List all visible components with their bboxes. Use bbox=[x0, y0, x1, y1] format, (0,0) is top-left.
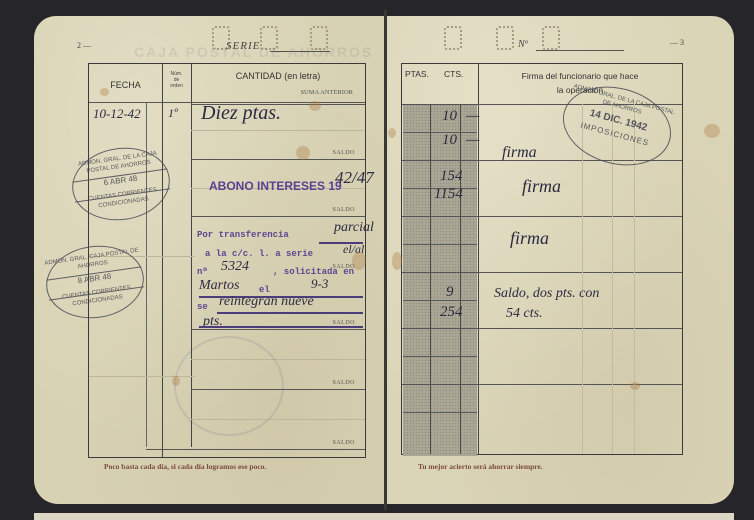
age-stain bbox=[100, 88, 109, 96]
perforation-mark bbox=[444, 26, 462, 50]
interest-years: 42/47 bbox=[335, 168, 374, 188]
entry-amount-words: Diez ptas. bbox=[201, 102, 281, 125]
grid-line bbox=[403, 244, 477, 245]
column-header-firma: Firma del funcionario que hace bbox=[478, 71, 682, 81]
official-signature: firma bbox=[510, 228, 549, 249]
page-number: 2 — bbox=[77, 41, 91, 50]
age-stain bbox=[172, 376, 180, 386]
amount-cts: — bbox=[466, 108, 479, 125]
header-line: orden bbox=[162, 83, 191, 89]
age-stain bbox=[392, 252, 402, 270]
saldo-label: SALDO bbox=[332, 380, 355, 386]
saldo-label: SALDO bbox=[332, 440, 355, 446]
transfer-line-3: nº bbox=[197, 267, 208, 277]
entry-order-number: 1º bbox=[168, 106, 178, 121]
age-stain bbox=[296, 146, 310, 160]
bleed-through-header: CAJA POSTAL DE AHORROS bbox=[134, 44, 373, 60]
transfer-line-2: a la c/c. l. a serie bbox=[205, 249, 313, 259]
row-divider bbox=[191, 159, 365, 160]
balance-note: 54 cts. bbox=[506, 306, 543, 322]
faint-stamp-bleed bbox=[174, 336, 284, 436]
age-stain bbox=[309, 101, 321, 111]
amount-ptas: 10 bbox=[442, 132, 457, 149]
number-label: Nº bbox=[518, 39, 528, 50]
page-number: — 3 bbox=[670, 38, 684, 47]
book-spine bbox=[384, 10, 387, 510]
amount-ptas: 9 bbox=[446, 284, 454, 301]
number-field-line bbox=[536, 50, 624, 51]
grid-line bbox=[403, 356, 477, 357]
official-signature: firma bbox=[522, 176, 561, 197]
grid-line bbox=[430, 104, 431, 454]
transfer-line-5: se bbox=[197, 302, 208, 312]
grid-line bbox=[403, 300, 477, 301]
typed-prefix: Por bbox=[197, 230, 213, 240]
transfer-account-number: 5324 bbox=[221, 259, 249, 275]
column-header-cantidad: CANTIDAD (en letra) bbox=[191, 71, 365, 81]
transfer-currency: pts. bbox=[203, 314, 223, 330]
abono-intereses-stamp: ABONO INTERESES 19 bbox=[209, 179, 342, 193]
entry-date: 10-12-42 bbox=[93, 106, 141, 122]
amount-ptas: 1154 bbox=[434, 186, 463, 203]
amount-shaded-area bbox=[403, 104, 477, 456]
transfer-date: 9-3 bbox=[311, 276, 328, 292]
underline bbox=[199, 326, 363, 328]
row-divider bbox=[402, 272, 682, 273]
official-signature: firma bbox=[502, 144, 537, 162]
balance-note: Saldo, dos pts. con bbox=[494, 286, 599, 302]
row-divider bbox=[191, 216, 365, 217]
column-header-ptas: PTAS. bbox=[405, 69, 429, 79]
amount-cts: — bbox=[466, 132, 479, 149]
age-stain bbox=[630, 382, 640, 390]
row-divider bbox=[402, 384, 682, 385]
transfer-place: Martos bbox=[199, 278, 239, 294]
grid-line bbox=[460, 104, 461, 454]
transfer-amount-words: reintegran nueve bbox=[219, 294, 314, 310]
amount-ptas: 10 bbox=[442, 108, 457, 125]
grid-line bbox=[403, 412, 477, 413]
typed-text: transferencia bbox=[219, 230, 289, 240]
saldo-label: SALDO bbox=[332, 207, 355, 213]
underline bbox=[217, 312, 363, 314]
row-divider bbox=[402, 216, 682, 217]
column-header-cts: CTS. bbox=[444, 69, 463, 79]
amount-ptas: 154 bbox=[440, 168, 463, 185]
age-stain bbox=[704, 124, 720, 138]
perforation-mark bbox=[496, 26, 514, 50]
column-header-fecha: FECHA bbox=[89, 80, 162, 90]
perforation-mark bbox=[542, 26, 560, 50]
row-divider bbox=[146, 449, 365, 450]
row-divider bbox=[402, 328, 682, 329]
amount-ptas: 254 bbox=[440, 304, 463, 321]
passbook-page-right: Nº — 3 PTAS. CTS. Firma del funcionario … bbox=[386, 16, 734, 504]
footer-motto: Poco basta cada día, si cada día logramo… bbox=[104, 462, 266, 471]
age-stain bbox=[352, 252, 366, 270]
transfer-handwritten-1: parcial bbox=[334, 220, 374, 236]
transfer-line-1: Por transferencia bbox=[197, 230, 289, 240]
footer-motto: Tu mejor acierto será ahorrar siempre. bbox=[418, 462, 543, 471]
ruled-line bbox=[191, 130, 365, 131]
next-page-edge bbox=[34, 513, 734, 520]
age-stain bbox=[388, 128, 396, 138]
passbook-page-left: 2 — SERIE CAJA POSTAL DE AHORROS FECHA N… bbox=[34, 16, 385, 504]
ruled-line bbox=[582, 104, 583, 454]
column-divider bbox=[162, 64, 163, 457]
suma-anterior-label: SUMA ANTERIOR bbox=[300, 89, 353, 96]
saldo-label: SALDO bbox=[332, 150, 355, 156]
column-header-num-orden: Núm. de orden bbox=[162, 71, 191, 89]
